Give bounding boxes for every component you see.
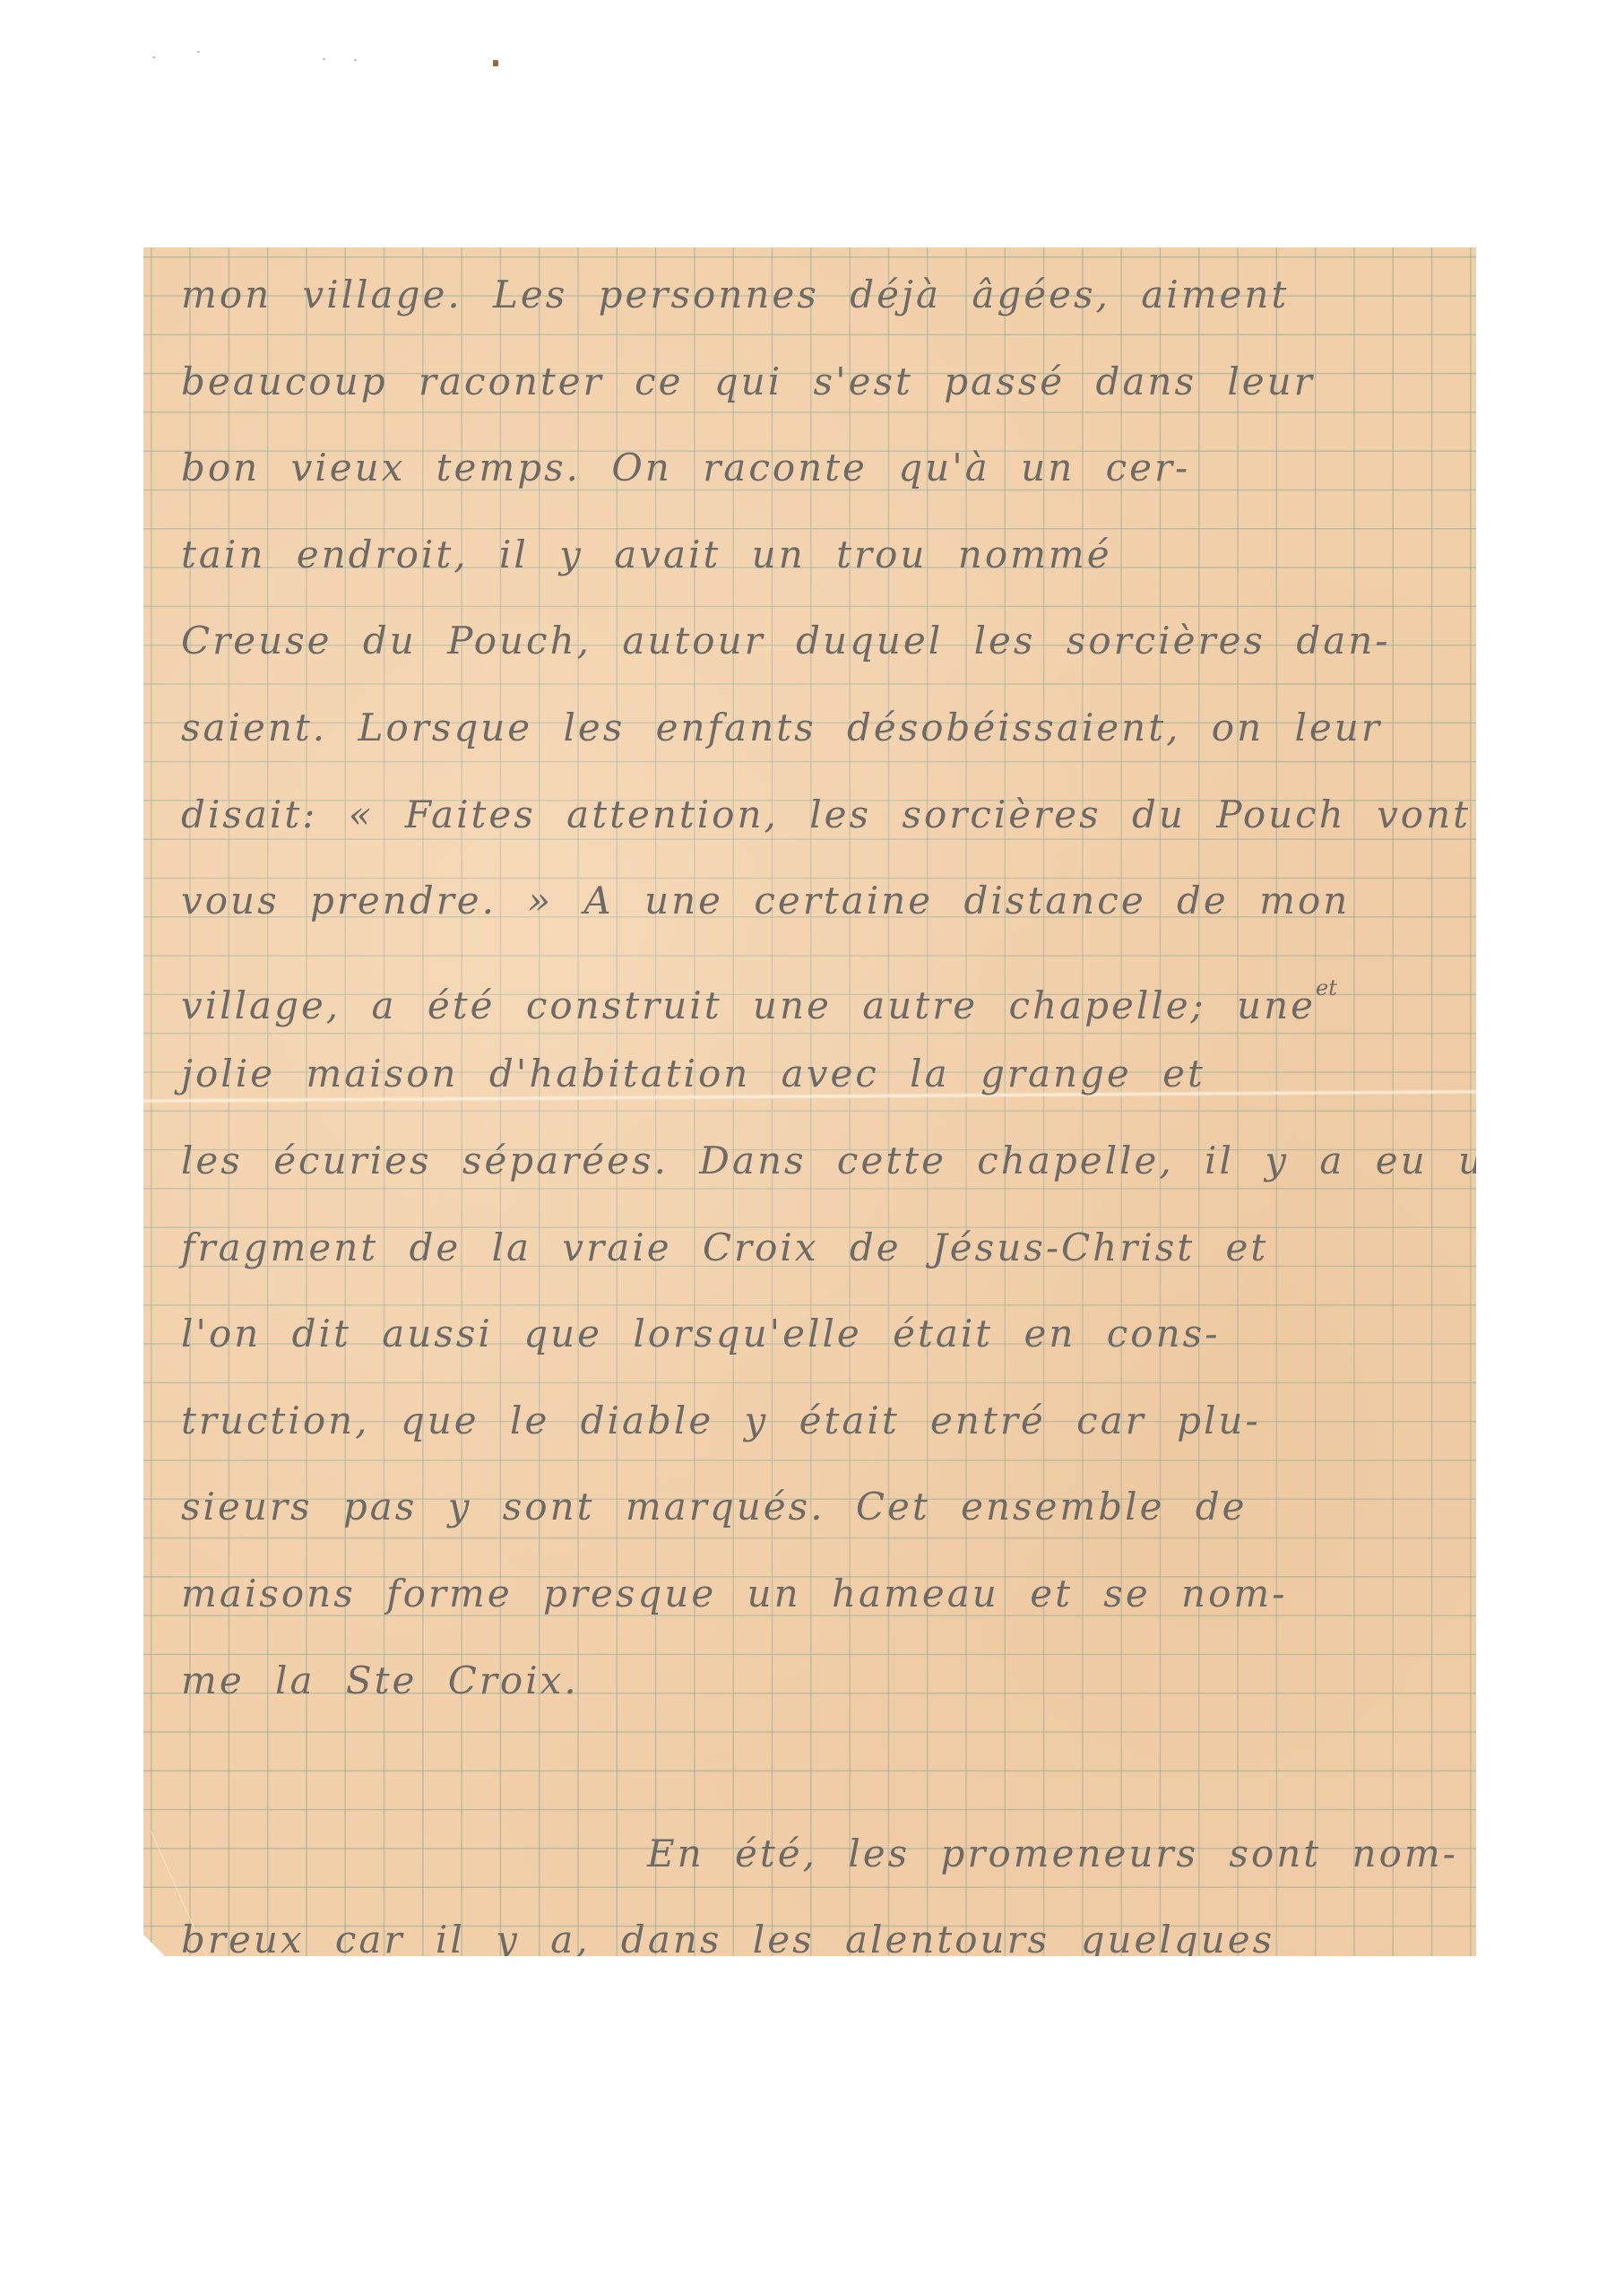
- text-line: saient. Lorsque les enfants désobéissaie…: [181, 680, 1463, 767]
- text-line: l'on dit aussi que lorsqu'elle était en …: [181, 1286, 1463, 1373]
- text-line: maisons forme presque un hameau et se no…: [181, 1546, 1463, 1633]
- text-line: fragment de la vraie Croix de Jésus-Chri…: [181, 1200, 1463, 1287]
- text-line: disait: « Faites attention, les sorcière…: [181, 767, 1463, 854]
- handwritten-text: mon village. Les personnes déjà âgées, a…: [181, 247, 1463, 2239]
- text-line: jolie maison d'habitation avec la grange…: [181, 1026, 1463, 1113]
- text-line: me la Ste Croix.: [181, 1633, 1463, 1720]
- text-line: menades, comme Fréteux, Calabri. A Calab…: [181, 2065, 1463, 2152]
- text-line: a un grand rocher où il faut aller.: [181, 2152, 1463, 2239]
- paragraph-start-line: En été, les promeneurs sont nom-: [181, 1806, 1463, 1893]
- text-line: Creuse du Pouch, autour duquel les sorci…: [181, 593, 1463, 680]
- inserted-word: et: [1316, 975, 1337, 1000]
- text-line: sieurs pas y sont marqués. Cet ensemble …: [181, 1459, 1463, 1546]
- text-line: les écuries séparées. Dans cette chapell…: [181, 1113, 1463, 1200]
- text-line: bon vieux temps. On raconte qu'à un cer-: [181, 420, 1463, 507]
- text-line: fermes qui constituent de jolis buts de …: [181, 1979, 1463, 2066]
- text-line: mon village. Les personnes déjà âgées, a…: [181, 247, 1463, 334]
- text-line: beaucoup raconter ce qui s'est passé dan…: [181, 334, 1463, 421]
- text-line-with-insertion: village, a été construit une autre chape…: [181, 940, 1463, 1027]
- text-line: tain endroit, il y avait un trou nommé: [181, 507, 1463, 594]
- grid-paper-sheet: mon village. Les personnes déjà âgées, a…: [143, 247, 1476, 1956]
- blank-line: [181, 1719, 1463, 1806]
- line-text: village, a été construit une autre chape…: [181, 983, 1316, 1027]
- scan-dust-specks: [143, 49, 412, 67]
- text-line: vous prendre. » A une certaine distance …: [181, 853, 1463, 940]
- text-line: breux car il y a, dans les alentours que…: [181, 1892, 1463, 1979]
- text-line: truction, que le diable y était entré ca…: [181, 1373, 1463, 1460]
